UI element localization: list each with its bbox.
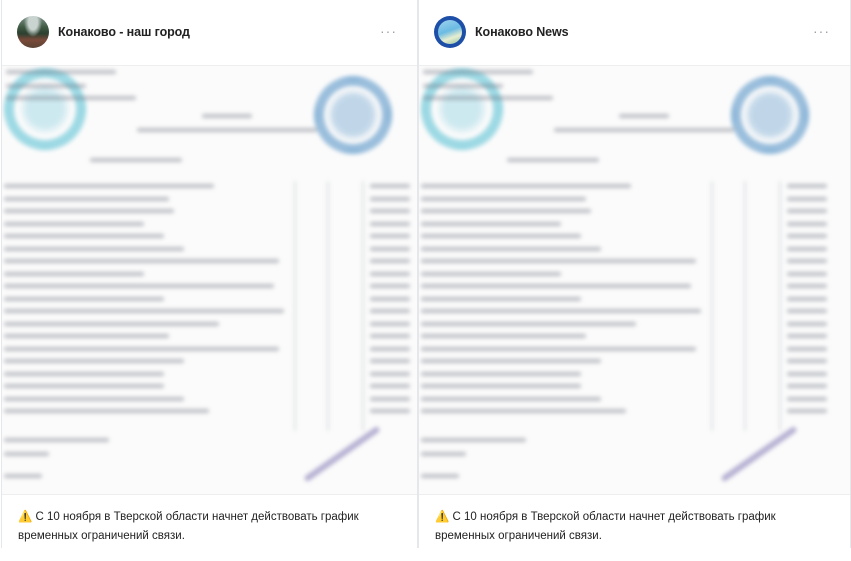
post-text: ⚠️ С 10 ноября в Тверской области начнет… bbox=[435, 508, 836, 546]
more-options-icon[interactable]: ··· bbox=[813, 26, 830, 36]
post-text-content: С 10 ноября в Тверской области начнет де… bbox=[18, 511, 359, 542]
post-text: ⚠️ С 10 ноября в Тверской области начнет… bbox=[18, 508, 403, 546]
community-avatar[interactable] bbox=[434, 16, 466, 48]
community-name[interactable]: Конаково News bbox=[475, 25, 568, 39]
community-name[interactable]: Конаково - наш город bbox=[58, 25, 190, 39]
warning-icon: ⚠️ bbox=[435, 511, 449, 523]
post-text-content: С 10 ноября в Тверской области начнет де… bbox=[435, 511, 776, 542]
post-header: Конаково News ··· bbox=[419, 0, 850, 64]
post-card: Конаково - наш город ··· ⚠️ С 10 ноября … bbox=[1, 0, 418, 548]
blurred-document bbox=[419, 66, 850, 494]
blurred-document bbox=[2, 66, 417, 494]
post-image[interactable] bbox=[419, 65, 850, 495]
post-card: Конаково News ··· ⚠️ С 10 ноября в Тверс… bbox=[418, 0, 851, 548]
post-image[interactable] bbox=[2, 65, 417, 495]
post-header: Конаково - наш город ··· bbox=[2, 0, 417, 64]
community-avatar[interactable] bbox=[17, 16, 49, 48]
warning-icon: ⚠️ bbox=[18, 511, 32, 523]
more-options-icon[interactable]: ··· bbox=[380, 26, 397, 36]
